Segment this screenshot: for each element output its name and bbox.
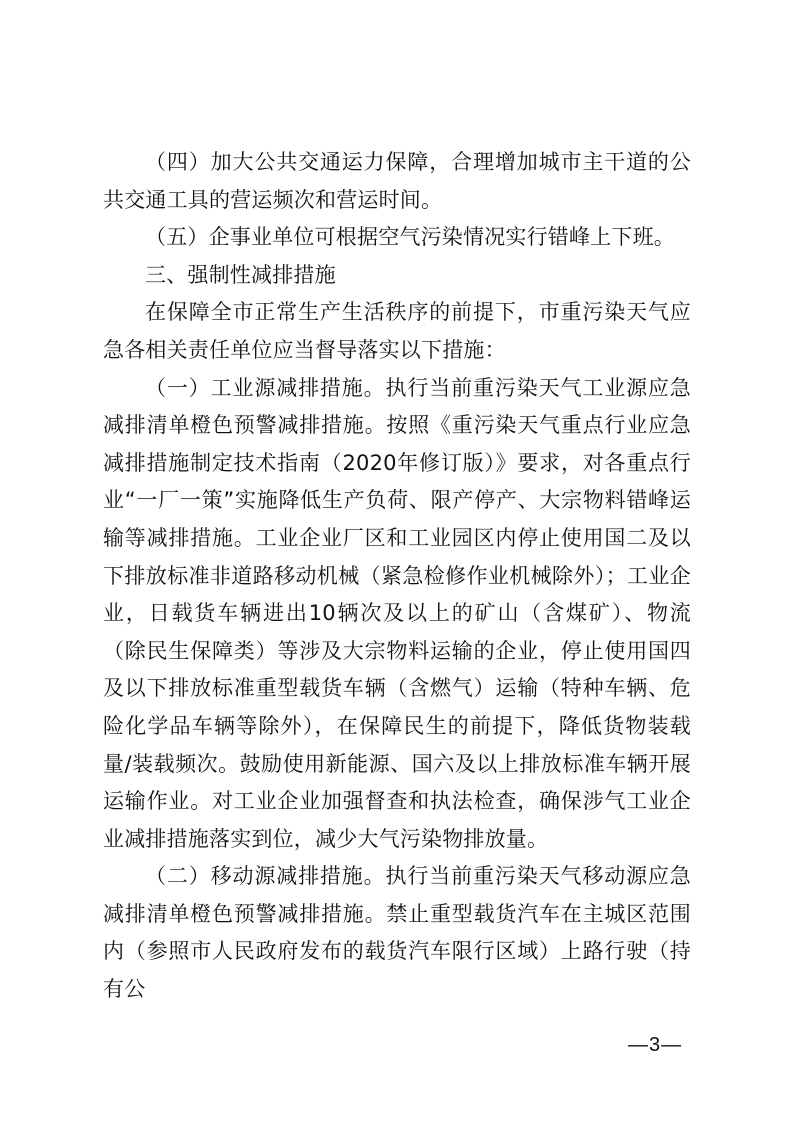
- section-heading-3: 三、强制性减排措施: [103, 257, 691, 295]
- document-body: （四）加大公共交通运力保障，合理增加城市主干道的公共交通工具的营运频次和营运时间…: [103, 144, 691, 1009]
- section-intro-paragraph: 在保障全市正常生产生活秩序的前提下，市重污染天气应急各相关责任单位应当督导落实以…: [103, 294, 691, 369]
- paragraph-item-5: （五）企事业单位可根据空气污染情况实行错峰上下班。: [103, 219, 691, 257]
- mobile-source-paragraph: （二）移动源减排措施。执行当前重污染天气移动源应急减排清单橙色预警减排措施。禁止…: [103, 858, 691, 1008]
- industrial-source-paragraph: （一）工业源减排措施。执行当前重污染天气工业源应急减排清单橙色预警减排措施。按照…: [103, 370, 691, 859]
- paragraph-item-4: （四）加大公共交通运力保障，合理增加城市主干道的公共交通工具的营运频次和营运时间…: [103, 144, 691, 219]
- page-number: —3—: [628, 1034, 682, 1057]
